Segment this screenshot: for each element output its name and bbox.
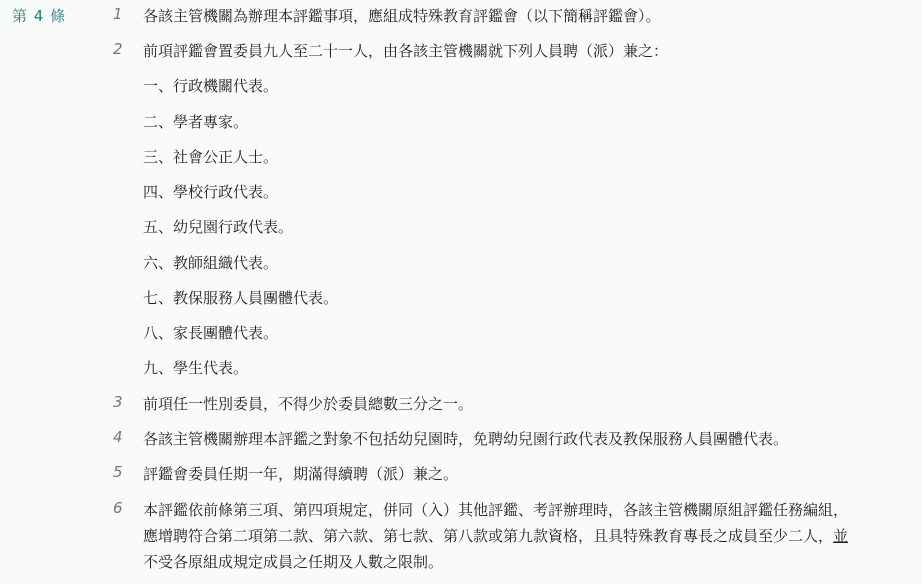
list-item: 一、行政機關代表。: [0, 75, 278, 97]
paragraph-number: 3: [113, 393, 123, 411]
paragraph-number: 2: [113, 40, 123, 58]
list-item: 八、家長團體代表。: [0, 322, 278, 344]
paragraph-4: 4 各該主管機關辦理本評鑑之對象不包括幼兒園時，免聘幼兒園行政代表及教保服務人員…: [0, 428, 922, 450]
list-item: 四、學校行政代表。: [0, 181, 278, 203]
paragraph-text: 前項任一性別委員，不得少於委員總數三分之一。: [143, 393, 922, 415]
paragraph-2: 2 前項評鑑會置委員九人至二十一人，由各該主管機關就下列人員聘（派）兼之：: [0, 40, 922, 62]
paragraph-3: 3 前項任一性別委員，不得少於委員總數三分之一。: [0, 393, 922, 415]
list-item: 三、社會公正人士。: [0, 146, 278, 168]
paragraph-1: 1 各該主管機關為辦理本評鑑事項，應組成特殊教育評鑑會（以下簡稱評鑑會）。: [0, 5, 922, 27]
paragraph-text: 前項評鑑會置委員九人至二十一人，由各該主管機關就下列人員聘（派）兼之：: [143, 40, 922, 62]
paragraph-text: 各該主管機關辦理本評鑑之對象不包括幼兒園時，免聘幼兒園行政代表及教保服務人員團體…: [143, 428, 922, 450]
list-item: 九、學生代表。: [0, 357, 248, 379]
paragraph-number: 5: [113, 463, 123, 481]
paragraph-text: 各該主管機關為辦理本評鑑事項，應組成特殊教育評鑑會（以下簡稱評鑑會）。: [143, 5, 922, 27]
paragraph-number: 1: [113, 5, 123, 23]
paragraph-text-line: 應增聘符合第二項第二款、第六款、第七款、第八款或第九款資格，且具特殊教育專長之成…: [143, 525, 922, 551]
paragraph-6: 6 本評鑑依前條第三項、第四項規定，併同（入）其他評鑑、考評辦理時，各該主管機關…: [0, 499, 922, 577]
list-item: 七、教保服務人員團體代表。: [0, 287, 338, 309]
glossary-link[interactable]: 並: [833, 527, 848, 545]
list-item: 二、學者專家。: [0, 111, 248, 133]
line-text: 應增聘符合第二項第二款、第六款、第七款、第八款或第九款資格，且具特殊教育專長之成…: [143, 527, 833, 545]
paragraph-text-line: 本評鑑依前條第三項、第四項規定，併同（入）其他評鑑、考評辦理時，各該主管機關原組…: [143, 499, 922, 525]
list-item: 五、幼兒園行政代表。: [0, 216, 293, 238]
list-item: 六、教師組織代表。: [0, 252, 278, 274]
paragraph-text-line: 不受各原組成規定成員之任期及人數之限制。: [143, 551, 922, 577]
paragraph-text: 評鑑會委員任期一年，期滿得續聘（派）兼之。: [143, 463, 922, 485]
paragraph-5: 5 評鑑會委員任期一年，期滿得續聘（派）兼之。: [0, 463, 922, 485]
paragraph-number: 4: [113, 428, 123, 446]
paragraph-number: 6: [113, 499, 123, 517]
